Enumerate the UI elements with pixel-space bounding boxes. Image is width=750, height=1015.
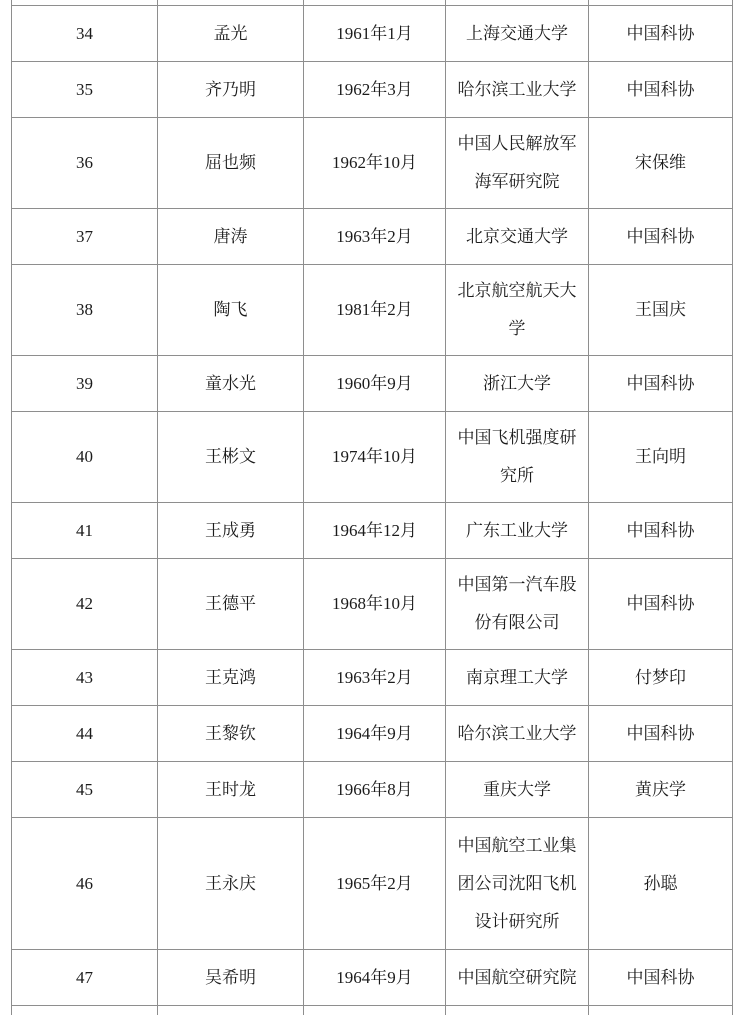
- table-row: 38 陶飞 1981年2月 北京航空航天大 学 王国庆: [12, 265, 733, 356]
- cell-institution: 哈尔滨工业大学: [446, 706, 589, 762]
- cell-birth-date: 1964年9月: [304, 706, 446, 762]
- table-row: 40 王彬文 1974年10月 中国飞机强度研 究所 王向明: [12, 412, 733, 503]
- cell-institution: 浙江大学: [446, 356, 589, 412]
- cell-index: 44: [12, 706, 158, 762]
- table-row: 35 齐乃明 1962年3月 哈尔滨工业大学 中国科协: [12, 62, 733, 118]
- cell-nominator: 中国科协: [589, 209, 733, 265]
- cell-institution: 哈尔滨工业大学: [446, 62, 589, 118]
- cell-name: 屈也频: [158, 118, 304, 209]
- document-page: 34 孟光 1961年1月 上海交通大学 中国科协 35 齐乃明 1962年3月…: [0, 0, 750, 1015]
- cell-index: 38: [12, 265, 158, 356]
- cell-institution: 南京理工大学: [446, 650, 589, 706]
- partial-cell: [446, 1006, 589, 1015]
- table-row: 36 屈也频 1962年10月 中国人民解放军 海军研究院 宋保维: [12, 118, 733, 209]
- cell-name: 王彬文: [158, 412, 304, 503]
- cell-index: 43: [12, 650, 158, 706]
- cell-birth-date: 1963年2月: [304, 650, 446, 706]
- cell-nominator: 中国科协: [589, 706, 733, 762]
- cell-name: 陶飞: [158, 265, 304, 356]
- cell-nominator: 宋保维: [589, 118, 733, 209]
- table-row: 34 孟光 1961年1月 上海交通大学 中国科协: [12, 6, 733, 62]
- table-row: 47 吴希明 1964年9月 中国航空研究院 中国科协: [12, 950, 733, 1006]
- cell-nominator: 中国科协: [589, 559, 733, 650]
- cell-nominator: 中国科协: [589, 503, 733, 559]
- cell-name: 童水光: [158, 356, 304, 412]
- nominees-table: 34 孟光 1961年1月 上海交通大学 中国科协 35 齐乃明 1962年3月…: [11, 0, 733, 1015]
- cell-nominator: 中国科协: [589, 950, 733, 1006]
- cell-nominator: 孙聪: [589, 818, 733, 950]
- cell-name: 吴希明: [158, 950, 304, 1006]
- cell-index: 46: [12, 818, 158, 950]
- cell-name: 王德平: [158, 559, 304, 650]
- cell-institution: 中国飞机强度研 究所: [446, 412, 589, 503]
- table-row: 41 王成勇 1964年12月 广东工业大学 中国科协: [12, 503, 733, 559]
- cell-institution: 北京交通大学: [446, 209, 589, 265]
- partial-cell: [158, 1006, 304, 1015]
- cell-nominator: 黄庆学: [589, 762, 733, 818]
- cell-index: 40: [12, 412, 158, 503]
- table-row: 46 王永庆 1965年2月 中国航空工业集 团公司沈阳飞机 设计研究所 孙聪: [12, 818, 733, 950]
- table-row: 44 王黎钦 1964年9月 哈尔滨工业大学 中国科协: [12, 706, 733, 762]
- cell-nominator: 王国庆: [589, 265, 733, 356]
- table-row: 42 王德平 1968年10月 中国第一汽车股 份有限公司 中国科协: [12, 559, 733, 650]
- cell-index: 34: [12, 6, 158, 62]
- cell-birth-date: 1960年9月: [304, 356, 446, 412]
- cell-birth-date: 1965年2月: [304, 818, 446, 950]
- cell-index: 42: [12, 559, 158, 650]
- cell-index: 36: [12, 118, 158, 209]
- cell-name: 王时龙: [158, 762, 304, 818]
- cell-name: 王黎钦: [158, 706, 304, 762]
- cell-birth-date: 1974年10月: [304, 412, 446, 503]
- cell-index: 39: [12, 356, 158, 412]
- cell-birth-date: 1964年12月: [304, 503, 446, 559]
- partial-cell: [589, 1006, 733, 1015]
- cell-birth-date: 1962年10月: [304, 118, 446, 209]
- cell-name: 王永庆: [158, 818, 304, 950]
- cell-nominator: 付梦印: [589, 650, 733, 706]
- cell-birth-date: 1966年8月: [304, 762, 446, 818]
- cell-nominator: 中国科协: [589, 356, 733, 412]
- cell-nominator: 中国科协: [589, 6, 733, 62]
- cell-index: 41: [12, 503, 158, 559]
- cell-name: 孟光: [158, 6, 304, 62]
- partial-row-bottom: [12, 1006, 733, 1015]
- table-row: 39 童水光 1960年9月 浙江大学 中国科协: [12, 356, 733, 412]
- cell-index: 35: [12, 62, 158, 118]
- cell-name: 王克鸿: [158, 650, 304, 706]
- cell-index: 45: [12, 762, 158, 818]
- partial-cell: [12, 1006, 158, 1015]
- table-row: 43 王克鸿 1963年2月 南京理工大学 付梦印: [12, 650, 733, 706]
- cell-nominator: 王向明: [589, 412, 733, 503]
- cell-birth-date: 1964年9月: [304, 950, 446, 1006]
- partial-cell: [304, 1006, 446, 1015]
- cell-birth-date: 1961年1月: [304, 6, 446, 62]
- cell-index: 47: [12, 950, 158, 1006]
- cell-index: 37: [12, 209, 158, 265]
- cell-institution: 上海交通大学: [446, 6, 589, 62]
- cell-institution: 北京航空航天大 学: [446, 265, 589, 356]
- cell-institution: 中国人民解放军 海军研究院: [446, 118, 589, 209]
- cell-name: 唐涛: [158, 209, 304, 265]
- table-row: 37 唐涛 1963年2月 北京交通大学 中国科协: [12, 209, 733, 265]
- cell-institution: 重庆大学: [446, 762, 589, 818]
- cell-institution: 广东工业大学: [446, 503, 589, 559]
- cell-nominator: 中国科协: [589, 62, 733, 118]
- cell-institution: 中国第一汽车股 份有限公司: [446, 559, 589, 650]
- cell-birth-date: 1968年10月: [304, 559, 446, 650]
- cell-institution: 中国航空工业集 团公司沈阳飞机 设计研究所: [446, 818, 589, 950]
- cell-institution: 中国航空研究院: [446, 950, 589, 1006]
- cell-name: 齐乃明: [158, 62, 304, 118]
- table-row: 45 王时龙 1966年8月 重庆大学 黄庆学: [12, 762, 733, 818]
- cell-name: 王成勇: [158, 503, 304, 559]
- cell-birth-date: 1981年2月: [304, 265, 446, 356]
- cell-birth-date: 1962年3月: [304, 62, 446, 118]
- cell-birth-date: 1963年2月: [304, 209, 446, 265]
